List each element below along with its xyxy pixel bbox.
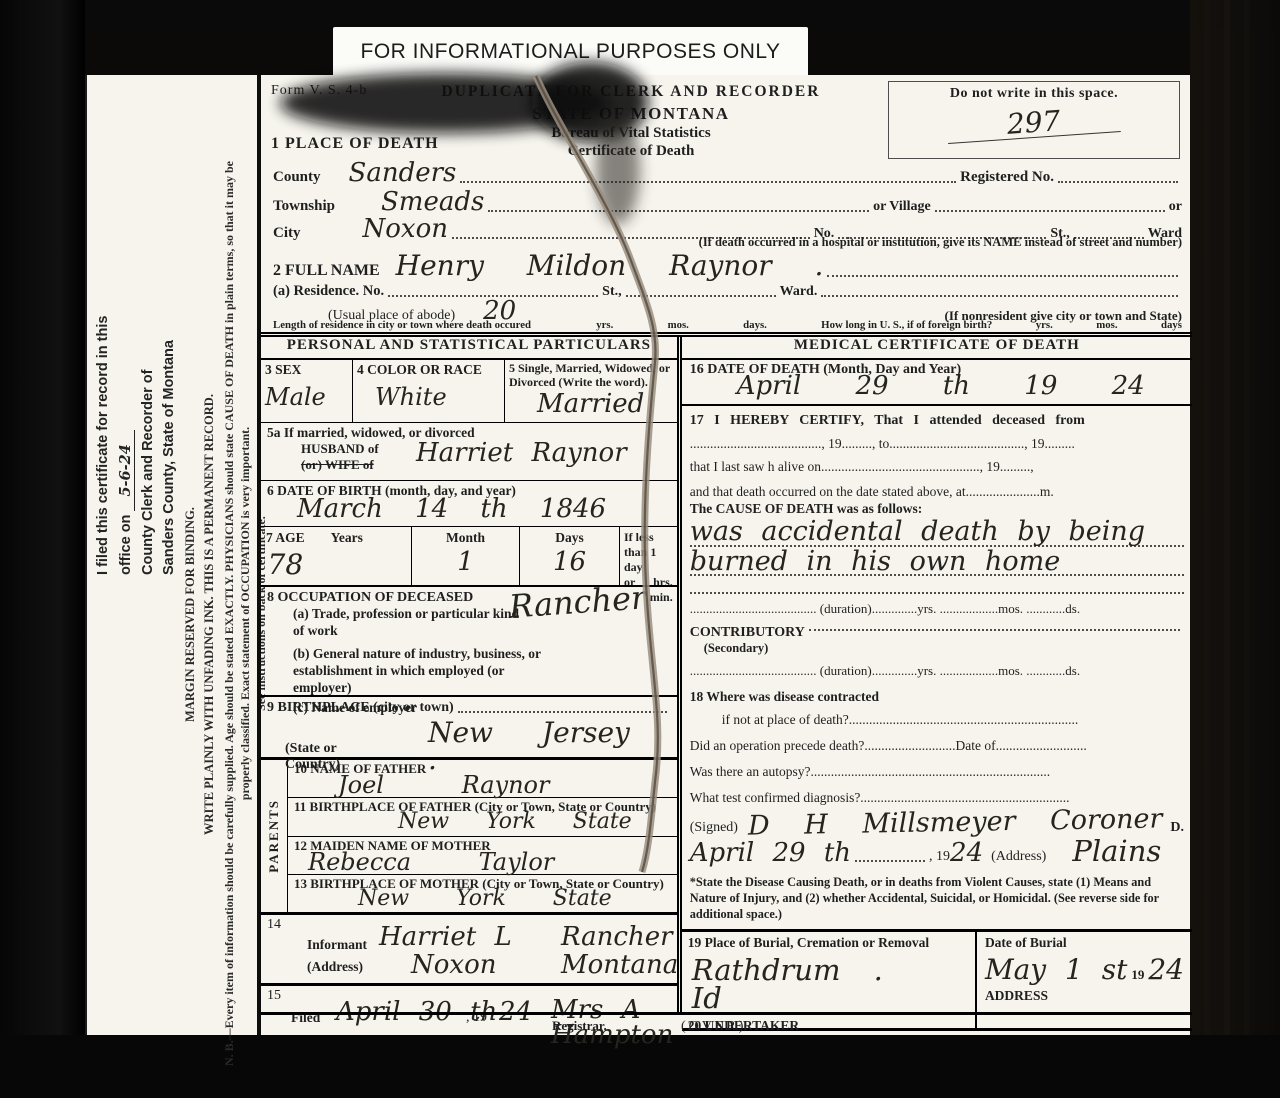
certificate-paper: I filed this certificate for record in t… [85, 75, 1190, 1035]
burial-place-value: Rathdrum . Id [692, 957, 969, 1013]
certificate-number: 297 [947, 104, 1122, 144]
stamp-filing-date: 5-6-24 [117, 430, 135, 510]
informant-label: Informant [307, 937, 367, 953]
years-label-wrap: Years [326, 527, 368, 585]
cause-blank-dotted [690, 578, 1184, 594]
or-village-label: or Village [873, 199, 931, 215]
month-label: Month [417, 530, 514, 546]
scan-left-band [0, 0, 85, 1098]
operation-line: Did an operation precede death?.........… [682, 738, 1192, 754]
parents-label-cell: PARENTS [261, 760, 287, 912]
signed-date-row: April 29 th , 19 24 (Address) Plains [682, 838, 1192, 866]
birthplace-row: 9 BIRTHPLACE (city or town) (State or Co… [261, 695, 677, 757]
registered-no-label: Registered No. [960, 169, 1054, 186]
yrs-label: yrs. [596, 319, 613, 331]
sex-value: Male [265, 386, 348, 409]
informational-banner: FOR INFORMATIONAL PURPOSES ONLY [333, 27, 808, 77]
bureau-line: Bureau of Vital Statistics [411, 125, 851, 142]
marital-label: 5 Single, Married, Widowed, or Divorced … [509, 362, 673, 390]
stamp-line1: I filed this certificate for record in t… [93, 165, 115, 575]
spouse-value: Harriet Raynor [416, 441, 627, 466]
signed-label: (Signed) [690, 820, 738, 836]
binding-margin: I filed this certificate for record in t… [87, 75, 257, 1035]
days-label: days. [743, 319, 767, 331]
informant-address-value: Noxon [411, 953, 496, 978]
how-long-label: How long in U. S., if of foreign birth? [821, 319, 992, 331]
stamp-office-on: office on [118, 515, 134, 575]
burial-year-value: 24 [1148, 953, 1184, 986]
race-value: White [375, 386, 500, 409]
full-name-value: Henry Mildon Raynor . [396, 253, 824, 280]
father-birthplace-row: 11 BIRTHPLACE OF FATHER (City or Town, S… [288, 798, 677, 836]
signed-address-value: Plains [1072, 838, 1161, 866]
mother-value: Rebecca Taylor [308, 851, 554, 874]
length-of-residence-row: Length of residence in city or town wher… [273, 319, 1182, 331]
township-value: Smeads [381, 190, 484, 215]
days-label: Days [525, 530, 614, 546]
filing-stamp: I filed this certificate for record in t… [93, 165, 181, 575]
over-row: (OVER) [261, 1012, 1192, 1043]
age-row: 7 AGE 78 Years Month 1 Days 16 [261, 526, 677, 585]
village-dotted-line [935, 206, 1165, 212]
parents-rows: 10 NAME OF FATHER Joel Raynor 11 BIRTHPL… [287, 760, 677, 912]
yrs2-label: yrs. [1036, 319, 1053, 331]
informant-number: 14 [267, 917, 281, 933]
years-label: Years [331, 530, 363, 546]
stamp-line3: County Clerk and Recorder of [138, 165, 160, 575]
father-bp-value: New York State [398, 812, 632, 833]
race-label: 4 COLOR OR RACE [357, 362, 500, 378]
length-label: Length of residence in city or town wher… [273, 319, 531, 331]
filed-number: 15 [267, 988, 281, 1004]
occupation-row: 8 OCCUPATION OF DECEASED (a) Trade, prof… [261, 585, 677, 695]
age-years-cell: 7 AGE 78 Years [261, 527, 411, 585]
dod-value: April 29 th 19 24 [737, 374, 1145, 399]
certify-line: 17 I HEREBY CERTIFY, That I attended dec… [682, 413, 1192, 429]
stamp-line2: office on 5-6-24 [115, 165, 138, 575]
sex-race-marital-row: 3 SEX Male 4 COLOR OR RACE White 5 Singl… [261, 360, 677, 422]
full-name-dotted [827, 271, 1178, 277]
signed-date-value: April 29 th [690, 841, 851, 866]
age-years-value: 78 [266, 552, 305, 579]
form-columns: PERSONAL AND STATISTICAL PARTICULARS 3 S… [261, 332, 1192, 1012]
attended-from-line: .......................................,… [682, 436, 1192, 452]
informant-row: 14 Informant Harriet L Rancher (Address)… [261, 912, 677, 983]
birthplace-dotted [458, 707, 667, 713]
form-number: Form V. S. 4-b [271, 83, 367, 99]
death-occurred-line: and that death occurred on the date stat… [682, 484, 1192, 500]
medical-title: MEDICAL CERTIFICATE OF DEATH [682, 337, 1192, 360]
birthplace-line: 9 BIRTHPLACE (city or town) [267, 700, 671, 716]
residence-st-label: St., [602, 284, 621, 300]
cause-value-line1: was accidental death by being [690, 519, 1184, 547]
burial-date-value: May 1 st [985, 953, 1127, 986]
nb-note: N. B.—Every item of information should b… [221, 146, 253, 1081]
father-value: Joel Raynor [338, 774, 549, 797]
margin-reserved-note: MARGIN RESERVED FOR BINDING. [181, 152, 200, 1077]
occupation-value: Rancher [509, 582, 648, 622]
signed-year-prefix: , 19 [929, 849, 950, 865]
mos2-label: mos. [1096, 319, 1117, 331]
township-dotted-line [488, 206, 869, 212]
registered-no-dotted-line [1058, 177, 1178, 183]
violent-causes-footnote: *State the Disease Causing Death, or in … [682, 871, 1192, 932]
race-cell: 4 COLOR OR RACE White [353, 360, 505, 422]
informant-address-value2: Montana [561, 953, 678, 978]
marital-cell: 5 Single, Married, Widowed, or Divorced … [505, 360, 677, 422]
hospital-note: (If death occurred in a hospital or inst… [699, 235, 1182, 250]
date-of-birth-row: 6 DATE OF BIRTH (month, day, and year) M… [261, 480, 677, 526]
parents-label: PARENTS [266, 799, 282, 873]
scan-top-band [0, 0, 1280, 28]
sex-cell: 3 SEX Male [261, 360, 353, 422]
occupation-b-label: (b) General nature of industry, business… [293, 646, 543, 697]
signed-date-dotted [855, 856, 925, 862]
state-line: STATE OF MONTANA [411, 104, 851, 124]
certificate-line: Certificate of Death [411, 143, 851, 160]
personal-title: PERSONAL AND STATISTICAL PARTICULARS [261, 337, 677, 360]
days2-label: days [1161, 319, 1182, 331]
full-name-label: 2 FULL NAME [273, 262, 380, 280]
scan-right-band [1190, 0, 1280, 1098]
mother-bp-value: New York State [358, 889, 612, 910]
mother-name-row: 12 MAIDEN NAME OF MOTHER Rebecca Taylor [288, 837, 677, 875]
burial-year-prefix: 19 [1131, 967, 1144, 982]
last-saw-line: that I last saw h alive on..............… [682, 459, 1192, 475]
county-value: Sanders [349, 161, 457, 186]
duration-line2: ....................................... … [682, 663, 1192, 679]
informant-value: Harriet L [379, 925, 512, 950]
dob-value: March 14 th 1846 [297, 497, 671, 522]
cause-of-death-label: The CAUSE OF DEATH was as follows: [682, 501, 1192, 517]
over-label: (OVER) [681, 1019, 746, 1035]
contributory-dotted [809, 625, 1180, 631]
county-label: County [273, 169, 321, 186]
medical-column: MEDICAL CERTIFICATE OF DEATH 16 DATE OF … [677, 337, 1192, 1012]
cause-value-line2: burned in his own home [690, 549, 1184, 577]
contributory-label: CONTRIBUTORY [690, 625, 805, 641]
residence-st-dotted [626, 291, 776, 297]
age-days-value: 16 [525, 550, 614, 575]
binding-notes: MARGIN RESERVED FOR BINDING. WRITE PLAIN… [181, 152, 219, 1077]
scanned-death-certificate: { "banner": { "text": "FOR INFORMATIONAL… [0, 0, 1280, 1098]
spouse-row: 5a If married, widowed, or divorced HUSB… [261, 422, 677, 480]
informant-address-label: (Address) [307, 959, 363, 975]
stamp-line4: Sanders County, State of Montana [159, 165, 181, 575]
form-title-block: DUPLICATE FOR CLERK AND RECORDER STATE O… [411, 83, 851, 160]
residence-tail-dotted [821, 291, 1178, 297]
age-label: 7 AGE [266, 530, 305, 546]
sex-label: 3 SEX [265, 362, 348, 378]
residence-label: (a) Residence. No. [273, 283, 384, 300]
certificate-form: Form V. S. 4-b DUPLICATE FOR CLERK AND R… [257, 75, 1192, 1035]
signed-row: (Signed) D H Millsmeyer Coroner D. [682, 810, 1192, 836]
residence-row: (a) Residence. No. St., Ward. [273, 283, 1182, 300]
personal-column: PERSONAL AND STATISTICAL PARTICULARS 3 S… [261, 337, 677, 1012]
less-than-label: If less than 1 day [624, 530, 656, 574]
signed-year-value: 24 [950, 841, 983, 866]
county-dotted-line [460, 177, 956, 183]
age-month-value: 1 [417, 550, 514, 575]
father-name-row: 10 NAME OF FATHER Joel Raynor [288, 760, 677, 798]
duration-line: ....................................... … [682, 601, 1192, 617]
form-header: Form V. S. 4-b DUPLICATE FOR CLERK AND R… [261, 75, 1192, 332]
age-less-cell: If less than 1 day or hrs. min. [619, 527, 677, 585]
age-label-wrap: 7 AGE 78 [261, 527, 310, 585]
county-row: County Sanders Registered No. [273, 161, 1182, 186]
or-label: or [1169, 199, 1182, 215]
burial-place-label: 19 Place of Burial, Cremation or Removal [688, 935, 969, 951]
do-not-write-label: Do not write in this space. [889, 86, 1179, 102]
duplicate-line: DUPLICATE FOR CLERK AND RECORDER [411, 83, 851, 101]
mos-label: mos. [668, 319, 689, 331]
hospital-note-row: (If death occurred in a hospital or inst… [273, 235, 1182, 250]
informant-value2: Rancher [561, 925, 673, 950]
burial-date-label: Date of Burial [985, 935, 1184, 951]
do-not-write-box: Do not write in this space. 297 [888, 81, 1180, 159]
signed-value: D H Millsmeyer Coroner [748, 807, 1163, 840]
residence-ward-label: Ward. [780, 284, 818, 300]
parents-block: PARENTS 10 NAME OF FATHER Joel Raynor 11… [261, 757, 677, 912]
address-header-label: ADDRESS [985, 988, 1184, 1004]
contributory-row: CONTRIBUTORY (Secondary) [682, 625, 1192, 656]
place-of-death-label: 1 PLACE OF DEATH [271, 135, 439, 153]
md-label: D. [1170, 820, 1184, 836]
secondary-label: (Secondary) [704, 641, 805, 656]
age-days-cell: Days 16 [519, 527, 619, 585]
township-row: Township Smeads or Village or [273, 190, 1182, 215]
write-plainly-note: WRITE PLAINLY WITH UNFADING INK. THIS IS… [200, 152, 219, 1077]
township-label: Township [273, 198, 335, 215]
informational-banner-text: FOR INFORMATIONAL PURPOSES ONLY [361, 40, 781, 64]
burial-date-line: May 1 st 19 24 [985, 957, 1184, 984]
autopsy-line: Was there an autopsy?...................… [682, 764, 1192, 780]
full-name-row: 2 FULL NAME Henry Mildon Raynor . [273, 253, 1182, 280]
not-place-line: if not at place of death?...............… [682, 712, 1192, 728]
birthplace-label: 9 BIRTHPLACE (city or town) [267, 700, 454, 716]
age-month-cell: Month 1 [411, 527, 519, 585]
occupation-a-label: (a) Trade, profession or particular kind… [293, 606, 523, 640]
marital-value: Married [537, 392, 673, 417]
signed-address-label: (Address) [991, 849, 1046, 865]
mother-birthplace-row: 13 BIRTHPLACE OF MOTHER (City or Town, S… [288, 875, 677, 912]
disease-contracted-label: 18 Where was disease contracted [682, 689, 1192, 705]
date-of-death-row: 16 DATE OF DEATH (Month, Day and Year) A… [682, 360, 1192, 406]
contributory-labels: CONTRIBUTORY (Secondary) [690, 625, 805, 656]
